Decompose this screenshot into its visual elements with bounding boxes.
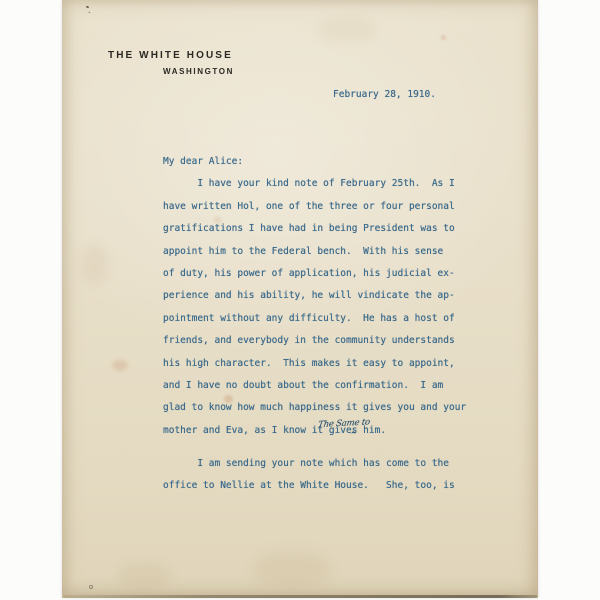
ink-speck bbox=[86, 5, 90, 8]
typed-line: and I have no doubt about the confirmati… bbox=[163, 375, 493, 397]
letter-paper: THE WHITE HOUSE WASHINGTON February 28, … bbox=[62, 0, 538, 598]
typed-line: appoint him to the Federal bench. With h… bbox=[163, 241, 493, 263]
insertion-caret-icon: ^ bbox=[351, 430, 356, 439]
paragraph-2: I am sending your note which has come to… bbox=[163, 453, 493, 498]
letter-body: My dear Alice: I have your kind note of … bbox=[163, 151, 493, 498]
date-line: February 28, 1910. bbox=[333, 89, 436, 100]
foxing-spot bbox=[112, 360, 128, 371]
typed-line: glad to know how much happiness it gives… bbox=[163, 397, 493, 419]
paper-stain bbox=[82, 245, 108, 285]
paper-stain bbox=[317, 18, 377, 42]
typed-line: of duty, his power of application, his j… bbox=[163, 263, 493, 285]
salutation: My dear Alice: bbox=[163, 151, 493, 173]
paper-stain bbox=[252, 552, 332, 586]
typed-line: I have your kind note of February 25th. … bbox=[163, 173, 493, 195]
typed-line: his high character. This makes it easy t… bbox=[163, 353, 493, 375]
typed-line: gratifications I have had in being Presi… bbox=[163, 218, 493, 240]
typed-line: pointment without any difficulty. He has… bbox=[163, 308, 493, 330]
foxing-spot bbox=[441, 35, 446, 40]
letter-photo: THE WHITE HOUSE WASHINGTON February 28, … bbox=[0, 0, 600, 600]
letterhead-title: THE WHITE HOUSE bbox=[108, 50, 233, 61]
typed-line: perience and his ability, he will vindic… bbox=[163, 285, 493, 307]
typed-line: I am sending your note which has come to… bbox=[163, 453, 493, 475]
typed-line: have written Hol, one of the three or fo… bbox=[163, 196, 493, 218]
paper-stain bbox=[117, 562, 172, 588]
paragraph-1: I have your kind note of February 25th. … bbox=[163, 173, 493, 442]
typed-line: friends, and everybody in the community … bbox=[163, 330, 493, 352]
typed-line: office to Nellie at the White House. She… bbox=[163, 475, 493, 497]
ink-speck bbox=[89, 585, 93, 589]
letterhead-subtitle: WASHINGTON bbox=[163, 67, 234, 76]
